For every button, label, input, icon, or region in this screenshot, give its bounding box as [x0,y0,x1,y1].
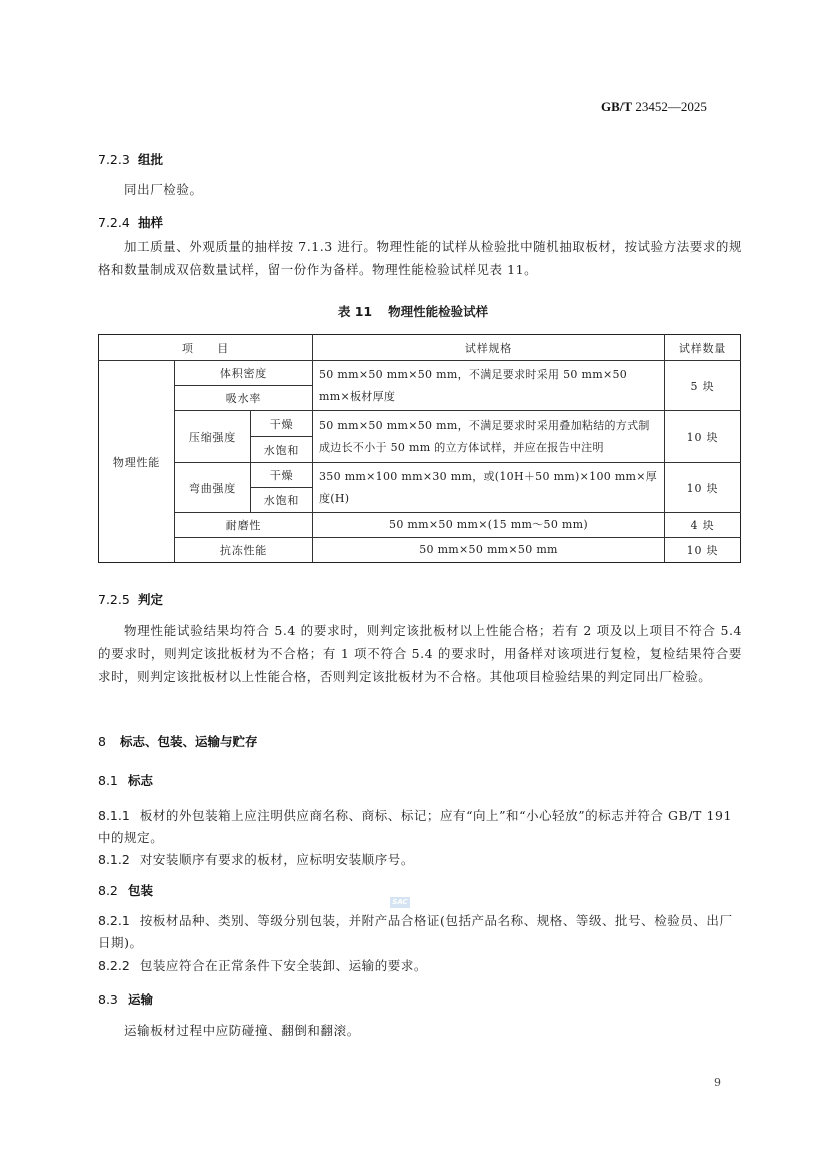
section-title: 判定 [138,592,163,607]
section-title: 包装 [128,883,153,898]
clause-number: 8.2.1 [98,913,130,928]
sac-watermark: SAC [390,897,410,908]
section-number: 7.2.3 [98,152,138,167]
section-title: 组批 [138,152,163,167]
paragraph-8-3: 运输板材过程中应防碰撞、翻倒和翻滚。 [124,1021,360,1039]
qty-cell-3: 10 块 [665,463,741,513]
row-compressive: 压缩强度 [175,411,251,463]
heading-8-1: 8.1标志 [98,771,153,789]
heading-8: 8标志、包装、运输与贮存 [98,732,258,750]
spec-cell-1: 50 mm×50 mm×50 mm，不满足要求时采用 50 mm×50 mm×板… [313,361,665,411]
section-title: 运输 [128,992,153,1007]
table-title: 物理性能检验试样 [388,304,488,319]
header-qty: 试样数量 [665,335,741,361]
header-item: 项 目 [99,335,313,361]
section-number: 7.2.4 [98,215,138,230]
row-frost: 抗冻性能 [175,538,313,563]
heading-7-2-3: 7.2.3组批 [98,150,163,168]
spec-cell-4: 50 mm×50 mm×(15 mm～50 mm) [313,513,665,538]
table-header-row: 项 目 试样规格 试样数量 [99,335,741,361]
page-number: 9 [714,1076,721,1089]
table-number: 表 11 [338,304,372,319]
clause-8-2-2: 8.2.2包装应符合在正常条件下安全装卸、运输的要求。 [98,955,742,977]
spec-cell-2: 50 mm×50 mm×50 mm，不满足要求时采用叠加粘结的方式制成边长不小于… [313,411,665,463]
table-row: 物理性能 体积密度 50 mm×50 mm×50 mm，不满足要求时采用 50 … [99,361,741,386]
clause-text: 对安装顺序有要求的板材，应标明安装顺序号。 [140,852,414,867]
condition-saturated: 水饱和 [251,437,313,463]
condition-dry: 干燥 [251,411,313,437]
section-number: 8.3 [98,992,128,1007]
heading-8-2: 8.2包装 [98,881,153,899]
paragraph-7-2-5: 物理性能试验结果均符合 5.4 的要求时，则判定该批板材以上性能合格；若有 2 … [98,619,742,688]
clause-number: 8.1.1 [98,808,130,823]
paragraph-7-2-3: 同出厂检验。 [124,180,203,198]
group-cell: 物理性能 [99,361,175,563]
section-number: 8 [98,734,120,749]
table-caption: 表 11物理性能检验试样 [0,302,826,320]
clause-8-2-1: 8.2.1按板材品种、类别、等级分别包装，并附产品合格证(包括产品名称、规格、等… [98,910,742,954]
qty-cell-1: 5 块 [665,361,741,411]
row-density: 体积密度 [175,361,313,386]
table-row: 弯曲强度 干燥 350 mm×100 mm×30 mm，或(10H＋50 mm)… [99,463,741,488]
table-row: 耐磨性 50 mm×50 mm×(15 mm～50 mm) 4 块 [99,513,741,538]
clause-text: 板材的外包装箱上应注明供应商名称、商标、标记；应有“向上”和“小心轻放”的标志并… [98,808,732,845]
standard-code: GB/T 23452—2025 [601,99,707,115]
clause-text: 包装应符合在正常条件下安全装卸、运输的要求。 [140,958,427,973]
row-absorption: 吸水率 [175,386,313,411]
qty-cell-4: 4 块 [665,513,741,538]
section-number: 8.2 [98,883,128,898]
clause-text: 按板材品种、类别、等级分别包装，并附产品合格证(包括产品名称、规格、等级、批号、… [98,913,733,950]
section-title: 标志、包装、运输与贮存 [120,734,258,749]
spec-cell-3: 350 mm×100 mm×30 mm，或(10H＋50 mm)×100 mm×… [313,463,665,513]
spec-cell-5: 50 mm×50 mm×50 mm [313,538,665,563]
section-number: 8.1 [98,773,128,788]
section-title: 抽样 [138,215,163,230]
table-row: 抗冻性能 50 mm×50 mm×50 mm 10 块 [99,538,741,563]
row-abrasion: 耐磨性 [175,513,313,538]
heading-7-2-4: 7.2.4抽样 [98,213,163,231]
row-flexural: 弯曲强度 [175,463,251,513]
qty-cell-5: 10 块 [665,538,741,563]
heading-8-3: 8.3运输 [98,990,153,1008]
table-row: 压缩强度 干燥 50 mm×50 mm×50 mm，不满足要求时采用叠加粘结的方… [99,411,741,437]
condition-dry: 干燥 [251,463,313,488]
condition-saturated: 水饱和 [251,488,313,513]
section-title: 标志 [128,773,153,788]
clause-8-1-1: 8.1.1板材的外包装箱上应注明供应商名称、商标、标记；应有“向上”和“小心轻放… [98,805,742,849]
section-number: 7.2.5 [98,592,138,607]
qty-cell-2: 10 块 [665,411,741,463]
heading-7-2-5: 7.2.5判定 [98,590,163,608]
paragraph-7-2-4: 加工质量、外观质量的抽样按 7.1.3 进行。物理性能的试样从检验批中随机抽取板… [98,235,742,281]
standard-prefix: GB/T [601,99,632,114]
clause-number: 8.2.2 [98,958,130,973]
header-spec: 试样规格 [313,335,665,361]
clause-number: 8.1.2 [98,852,130,867]
clause-8-1-2: 8.1.2对安装顺序有要求的板材，应标明安装顺序号。 [98,849,742,871]
sample-table: 项 目 试样规格 试样数量 物理性能 体积密度 50 mm×50 mm×50 m… [98,334,741,563]
standard-number: 23452—2025 [635,99,707,114]
